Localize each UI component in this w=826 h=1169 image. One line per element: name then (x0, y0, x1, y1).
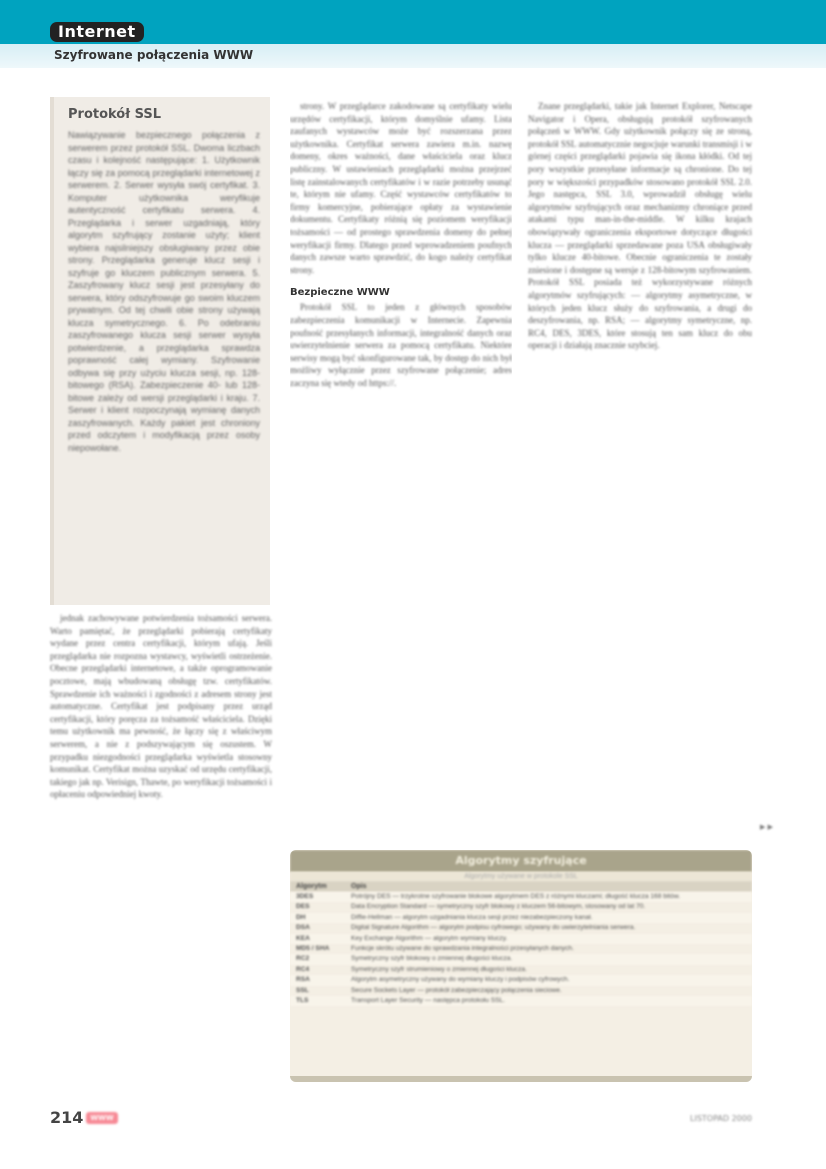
algorithm-name: SSL (296, 987, 351, 995)
article-subtitle: Szyfrowane połączenia WWW (54, 47, 253, 63)
continue-marker: ▶ ▶ (760, 822, 773, 832)
sidebar-title: Protokół SSL (68, 107, 260, 123)
column-middle-after-text: Protokół SSL to jeden z głównych sposobó… (290, 301, 512, 389)
table-row: DESData Encryption Standard — symetryczn… (290, 902, 752, 912)
column-middle-text: strony. W przeglądarce zakodowane są cer… (290, 100, 512, 276)
algorithm-description: Potrójny DES — trzykrotne szyfrowanie bl… (351, 893, 746, 901)
column-right: Znane przeglądarki, takie jak Internet E… (528, 100, 752, 835)
table-header-algorithm: Algorytm (296, 881, 351, 892)
algorithm-description: Symetryczny szyfr strumieniowy o zmienne… (351, 966, 746, 974)
algorithm-name: 3DES (296, 893, 351, 901)
algorithm-name: KEA (296, 935, 351, 943)
table-row: RC4Symetryczny szyfr strumieniowy o zmie… (290, 965, 752, 975)
table-row: SSLSecure Sockets Layer — protokół zabez… (290, 986, 752, 996)
algorithm-description: Diffie-Hellman — algorytm uzgadniania kl… (351, 914, 746, 922)
algorithm-description: Transport Layer Security — następca prot… (351, 997, 746, 1005)
algorithm-description: Digital Signature Algorithm — algorytm p… (351, 924, 746, 932)
magazine-badge: WWW (86, 1112, 118, 1124)
algorithm-name: RSA (296, 976, 351, 984)
algorithm-description: Data Encryption Standard — symetryczny s… (351, 903, 746, 911)
table-caption: Algorytmy używane w protokole SSL (290, 872, 752, 881)
table-row: TLSTransport Layer Security — następca p… (290, 996, 752, 1006)
algorithm-description: Secure Sockets Layer — protokół zabezpie… (351, 987, 746, 995)
algorithm-name: DES (296, 903, 351, 911)
algorithm-name: DH (296, 914, 351, 922)
table-row: MD5 / SHAFunkcje skrótu używane do spraw… (290, 944, 752, 954)
algorithm-name: MD5 / SHA (296, 945, 351, 953)
table-header-row: Algorytm Opis (290, 881, 752, 892)
algorithm-name: RC4 (296, 966, 351, 974)
column-right-text: Znane przeglądarki, takie jak Internet E… (528, 100, 752, 352)
algorithm-name: TLS (296, 997, 351, 1005)
table-row: 3DESPotrójny DES — trzykrotne szyfrowani… (290, 892, 752, 902)
algorithm-description: Funkcje skrótu używane do sprawdzania in… (351, 945, 746, 953)
algorithm-description: Algorytm asymetryczny używany do wymiany… (351, 976, 746, 984)
algorithm-description: Symetryczny szyfr blokowy o zmiennej dłu… (351, 955, 746, 963)
page-number: 214 (50, 1108, 83, 1128)
algorithm-name: DSA (296, 924, 351, 932)
section-tag: Internet (50, 22, 144, 42)
sidebar-text: Nawiązywanie bezpiecznego połączenia z s… (68, 129, 260, 454)
algorithm-description: Key Exchange Algorithm — algorytm wymian… (351, 935, 746, 943)
table-row: DHDiffie-Hellman — algorytm uzgadniania … (290, 913, 752, 923)
column-left-text: jednak zachowywane potwierdzenia tożsamo… (50, 612, 272, 801)
section-heading: Bezpieczne WWW (290, 286, 512, 299)
table-body: 3DESPotrójny DES — trzykrotne szyfrowani… (290, 892, 752, 1006)
issue-date: LISTOPAD 2000 (690, 1113, 752, 1125)
algorithm-name: RC2 (296, 955, 351, 963)
table-footer-bar (290, 1076, 752, 1082)
table-row: KEAKey Exchange Algorithm — algorytm wym… (290, 934, 752, 944)
table-row: RSAAlgorytm asymetryczny używany do wymi… (290, 975, 752, 985)
column-left: jednak zachowywane potwierdzenia tożsamo… (50, 612, 272, 1090)
table-header-description: Opis (351, 881, 367, 892)
algorithms-table: Algorytmy szyfrujące Algorytmy używane w… (290, 850, 752, 1082)
column-middle: strony. W przeglądarce zakodowane są cer… (290, 100, 512, 840)
table-row: DSADigital Signature Algorithm — algoryt… (290, 923, 752, 933)
ssl-sidebar-box: Protokół SSL Nawiązywanie bezpiecznego p… (50, 97, 270, 605)
table-row: RC2Symetryczny szyfr blokowy o zmiennej … (290, 954, 752, 964)
table-title: Algorytmy szyfrujące (290, 850, 752, 872)
